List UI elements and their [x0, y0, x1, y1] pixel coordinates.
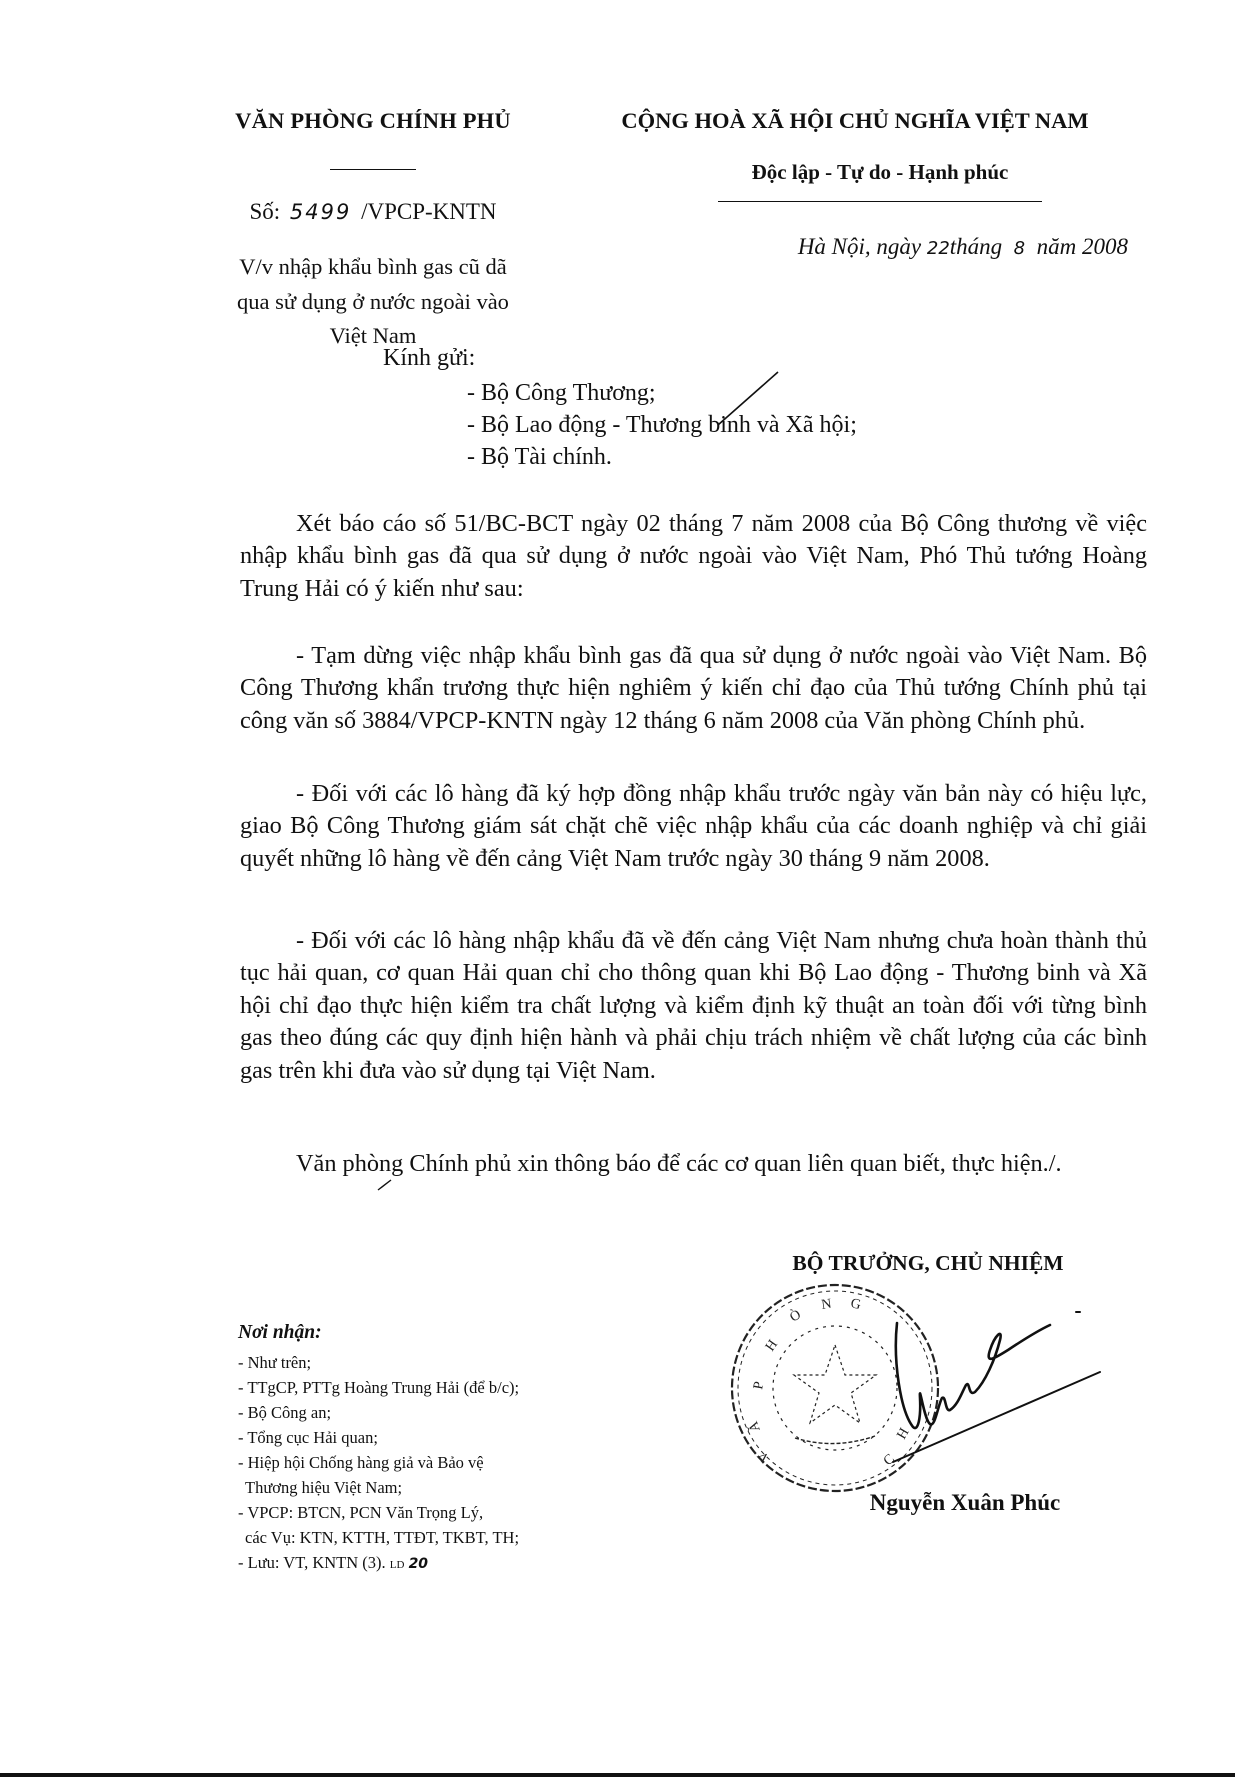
date-month-handwritten: 8	[1014, 238, 1025, 259]
motto-underline	[718, 201, 1042, 202]
distribution-item: - Hiệp hội Chống hàng giả và Bảo vệ	[238, 1450, 519, 1475]
addressees-list: - Bộ Công Thương; - Bộ Lao động - Thương…	[467, 377, 857, 473]
paragraph-text: Văn phòng Chính phủ xin thông báo để các…	[240, 1148, 1147, 1180]
date-year: năm 2008	[1037, 234, 1128, 259]
signer-name: Nguyễn Xuân Phúc	[820, 1490, 1110, 1516]
body-paragraph-closing: Văn phòng Chính phủ xin thông báo để các…	[240, 1148, 1147, 1180]
distribution-title: Nơi nhận:	[238, 1322, 322, 1344]
date-day-handwritten: 22	[927, 238, 950, 259]
addressees-label: Kính gửi:	[383, 345, 475, 372]
body-paragraph-3: - Đối với các lô hàng đã ký hợp đồng nhậ…	[240, 778, 1147, 875]
agency-underline	[330, 169, 416, 170]
official-seal-icon: P H Ò N G Ă V H C	[732, 1285, 938, 1491]
doc-number-prefix: Số:	[249, 199, 280, 224]
paragraph-text: - Tạm dừng việc nhập khẩu bình gas đã qu…	[240, 640, 1147, 737]
svg-text:H: H	[894, 1426, 912, 1442]
body-paragraph-1: Xét báo cáo số 51/BC-BCT ngày 02 tháng 7…	[240, 508, 1147, 605]
doc-number-handwritten: 5499	[290, 200, 351, 224]
national-title: CỘNG HOÀ XÃ HỘI CHỦ NGHĨA VIỆT NAM	[582, 108, 1128, 134]
distribution-item: - TTgCP, PTTg Hoàng Trung Hải (để b/c);	[238, 1375, 519, 1400]
signature-icon	[893, 1312, 1100, 1462]
distribution-item-continued: Thương hiệu Việt Nam;	[238, 1475, 519, 1500]
signer-title: BỘ TRƯỞNG, CHỦ NHIỆM	[740, 1251, 1116, 1276]
closing-mark-icon	[378, 1180, 391, 1190]
distribution-item: - Như trên;	[238, 1350, 519, 1375]
distribution-item: - Tổng cục Hải quan;	[238, 1425, 519, 1450]
issuing-agency: VĂN PHÒNG CHÍNH PHỦ	[205, 108, 541, 134]
subject-block: V/v nhập khẩu bình gas cũ dã qua sử dụng…	[205, 250, 541, 354]
date-line: Hà Nội, ngày 22tháng 8 năm 2008	[700, 234, 1128, 260]
archive-line: - Lưu: VT, KNTN (3).	[238, 1553, 386, 1572]
page-bottom-edge	[0, 1773, 1235, 1777]
date-prefix: Hà Nội, ngày	[798, 234, 921, 259]
svg-text:G: G	[849, 1296, 862, 1313]
paragraph-text: - Đối với các lô hàng nhập khẩu đã về đế…	[240, 925, 1147, 1087]
distribution-item-continued: các Vụ: KTN, KTTH, TTĐT, TKBT, TH;	[238, 1525, 519, 1550]
national-motto: Độc lập - Tự do - Hạnh phúc	[700, 160, 1060, 185]
date-month-label: tháng	[950, 234, 1002, 259]
subject-line: V/v nhập khẩu bình gas cũ dã	[205, 250, 541, 285]
svg-text:Ă: Ă	[744, 1418, 764, 1434]
body-paragraph-4: - Đối với các lô hàng nhập khẩu đã về đế…	[240, 925, 1147, 1087]
distribution-item: - Bộ Công an;	[238, 1400, 519, 1425]
subject-line: qua sử dụng ở nước ngoài vào	[205, 285, 541, 320]
svg-text:P: P	[751, 1380, 767, 1390]
paragraph-text: - Đối với các lô hàng đã ký hợp đồng nhậ…	[240, 778, 1147, 875]
drafter-initials: LD	[390, 1559, 405, 1571]
distribution-item: - Lưu: VT, KNTN (3). LD 20	[238, 1550, 519, 1578]
addressee-item: - Bộ Công Thương;	[467, 377, 857, 409]
body-paragraph-2: - Tạm dừng việc nhập khẩu bình gas đã qu…	[240, 640, 1147, 737]
distribution-list: - Như trên; - TTgCP, PTTg Hoàng Trung Hả…	[238, 1350, 519, 1578]
svg-text:V: V	[755, 1448, 773, 1465]
svg-text:Ò: Ò	[787, 1306, 804, 1326]
document-number: Số: 5499 /VPCP-KNTN	[205, 199, 541, 225]
subject-line: Việt Nam	[205, 319, 541, 354]
addressee-item: - Bộ Tài chính.	[467, 441, 857, 473]
distribution-item: - VPCP: BTCN, PCN Văn Trọng Lý,	[238, 1500, 519, 1525]
svg-text:C: C	[881, 1452, 898, 1469]
doc-number-suffix: /VPCP-KNTN	[361, 199, 496, 224]
paragraph-text: Xét báo cáo số 51/BC-BCT ngày 02 tháng 7…	[240, 508, 1147, 605]
svg-text:H: H	[763, 1337, 781, 1354]
addressee-item: - Bộ Lao động - Thương binh và Xã hội;	[467, 409, 857, 441]
copies-handwritten: 20	[409, 1556, 428, 1572]
svg-text:N: N	[820, 1297, 832, 1313]
